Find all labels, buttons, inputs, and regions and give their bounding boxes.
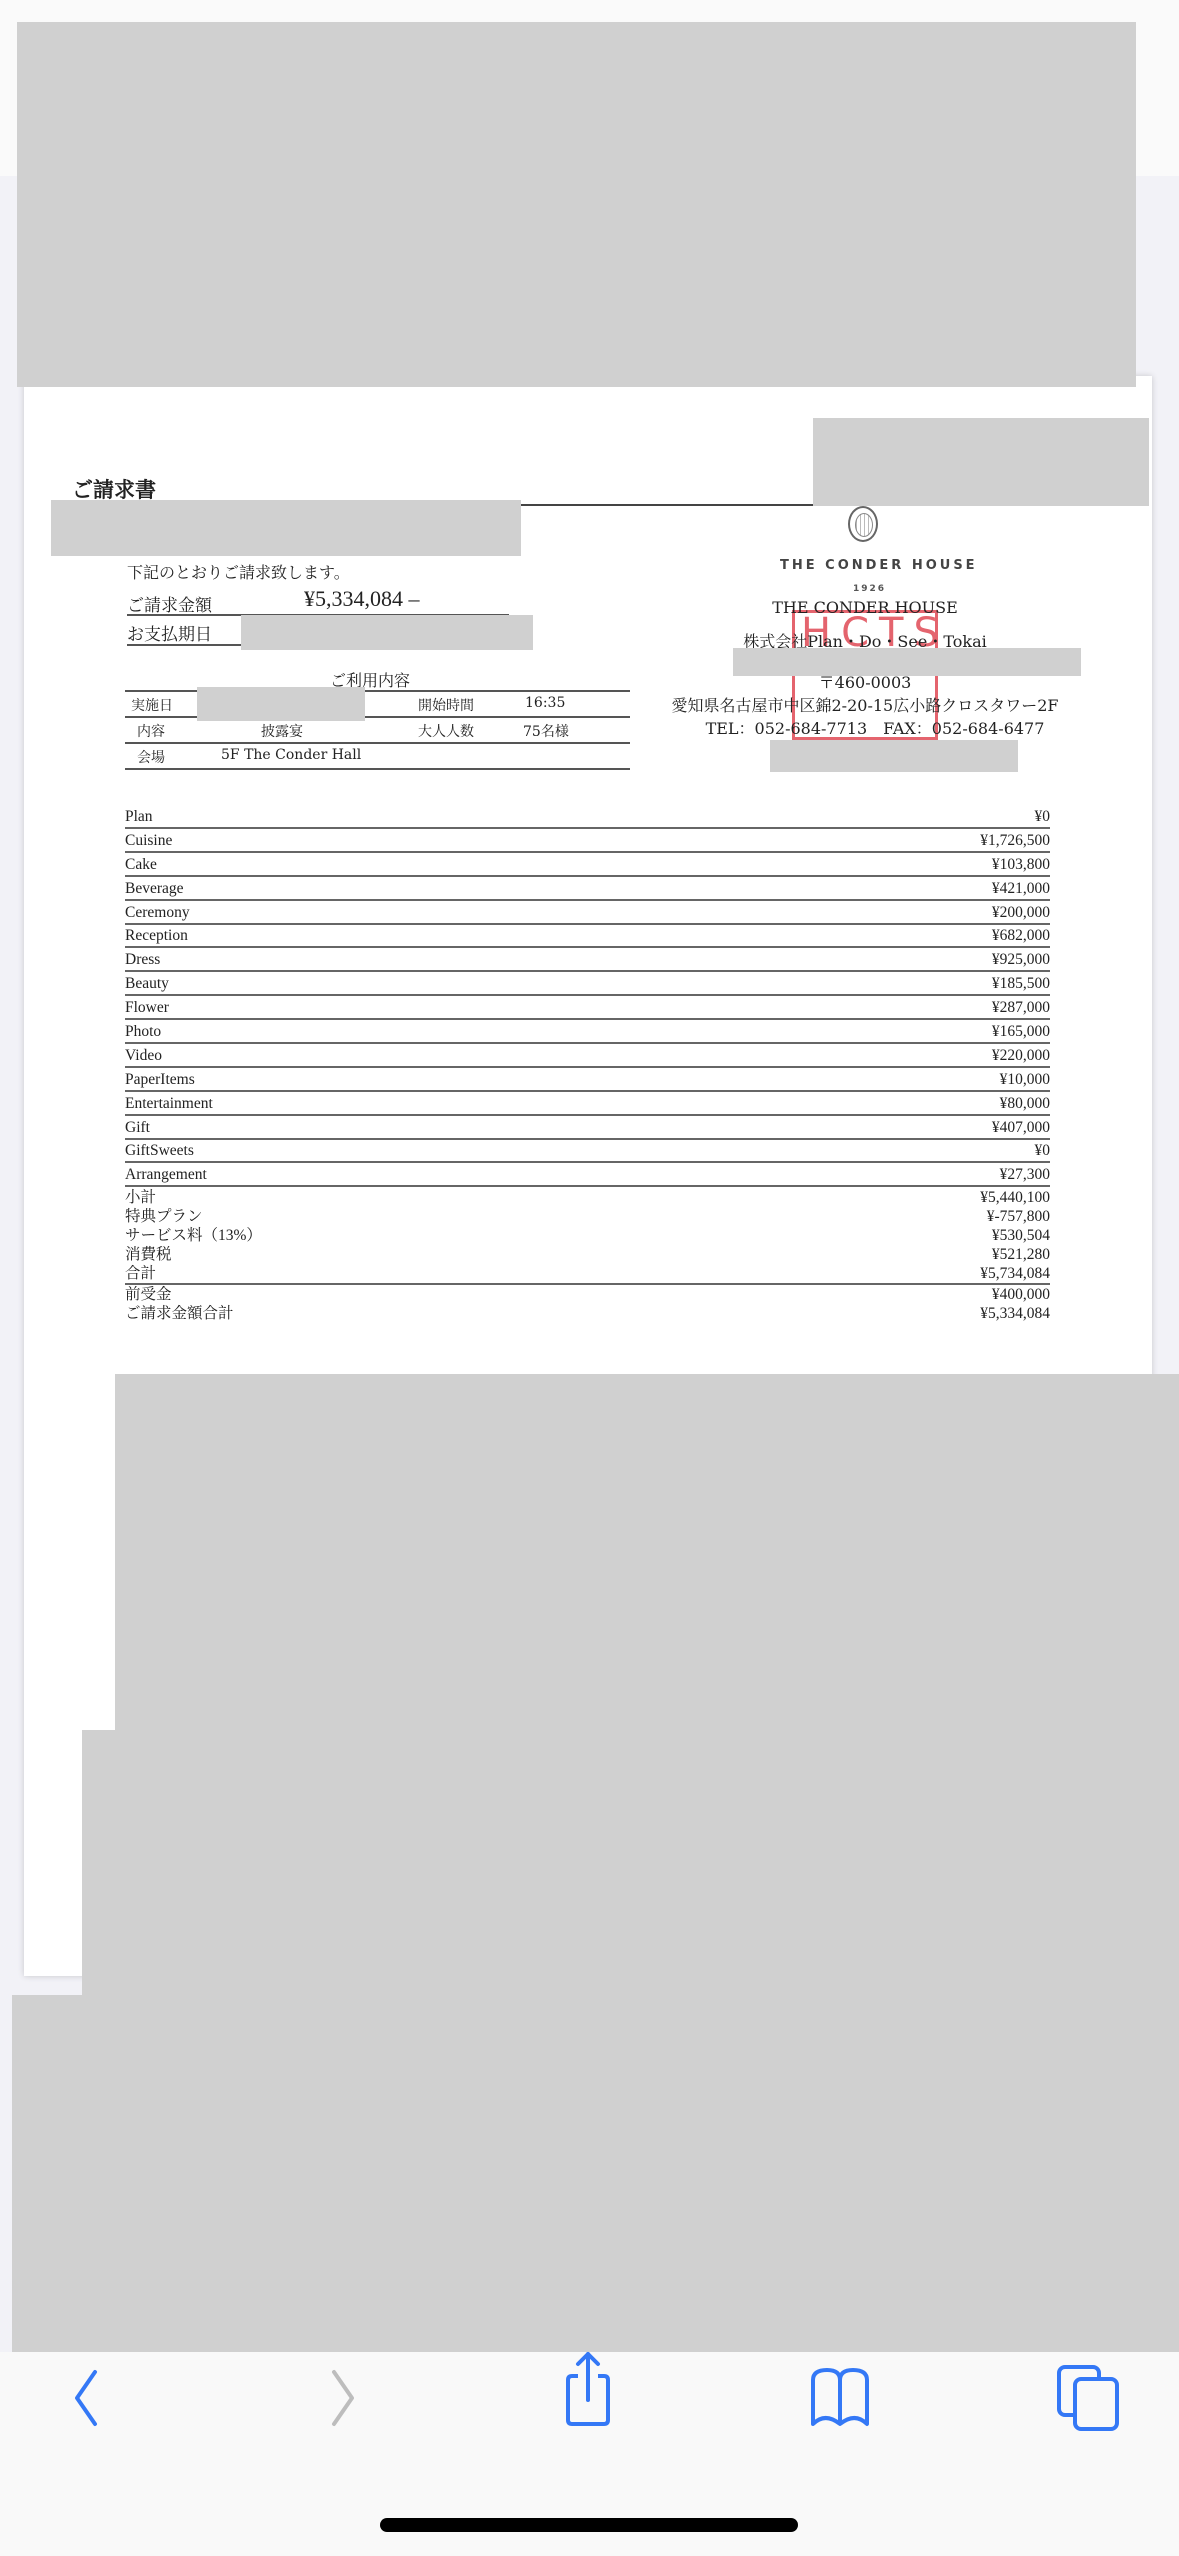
line-item: Video¥220,000 <box>125 1045 1050 1068</box>
brand-year: 1926 <box>853 584 886 594</box>
line-item: Arrangement¥27,300 <box>125 1164 1050 1187</box>
item-value: ¥200,000 <box>992 902 1050 923</box>
redacted-region <box>115 1374 1179 1734</box>
usage-key: 実施日 <box>131 695 173 715</box>
redacted-region <box>241 615 533 650</box>
item-label: Ceremony <box>125 902 190 923</box>
item-value: ¥407,000 <box>992 1117 1050 1138</box>
item-label: GiftSweets <box>125 1140 194 1161</box>
item-value: ¥10,000 <box>1000 1069 1050 1090</box>
line-item: Plan¥0 <box>125 806 1050 829</box>
item-value: ¥80,000 <box>1000 1093 1050 1114</box>
usage-key: 会場 <box>137 747 165 767</box>
summary-value: ¥5,334,084 <box>980 1304 1050 1323</box>
line-item: Dress¥925,000 <box>125 949 1050 972</box>
line-item: Beverage¥421,000 <box>125 878 1050 901</box>
usage-value: 75名様 <box>523 721 569 741</box>
item-value: ¥287,000 <box>992 997 1050 1018</box>
item-value: ¥925,000 <box>992 949 1050 970</box>
summary-row: 前受金¥400,000 <box>125 1285 1050 1304</box>
usage-key: 大人人数 <box>418 721 474 741</box>
item-label: Cuisine <box>125 830 172 851</box>
item-label: Video <box>125 1045 162 1066</box>
summary-label: 消費税 <box>125 1245 172 1264</box>
due-underline <box>127 644 247 646</box>
share-button[interactable] <box>548 2350 628 2430</box>
conder-house-logo-icon <box>848 506 878 542</box>
summary-value: ¥5,440,100 <box>980 1188 1050 1207</box>
item-value: ¥0 <box>1035 1140 1051 1161</box>
summary-label: ご請求金額合計 <box>125 1304 234 1323</box>
share-icon <box>558 2350 618 2430</box>
line-item: Photo¥165,000 <box>125 1021 1050 1044</box>
summary-value: ¥521,280 <box>992 1245 1050 1264</box>
title-divider <box>520 504 820 506</box>
line-items: Plan¥0 Cuisine¥1,726,500 Cake¥103,800 Be… <box>125 806 1050 1323</box>
summary-value: ¥530,504 <box>992 1226 1050 1245</box>
summary-row: 特典プラン¥-757,800 <box>125 1207 1050 1226</box>
line-item: PaperItems¥10,000 <box>125 1069 1050 1092</box>
item-value: ¥165,000 <box>992 1021 1050 1042</box>
summary-label: サービス料（13%） <box>125 1226 262 1245</box>
item-label: Cake <box>125 854 157 875</box>
summary-label: 前受金 <box>125 1285 172 1304</box>
line-item: Gift¥407,000 <box>125 1117 1050 1140</box>
usage-value: 5F The Conder Hall <box>221 747 361 763</box>
item-value: ¥220,000 <box>992 1045 1050 1066</box>
item-value: ¥185,500 <box>992 973 1050 994</box>
amount-label: ご請求金額 <box>127 591 212 616</box>
summary-row: 消費税¥521,280 <box>125 1245 1050 1264</box>
item-value: ¥421,000 <box>992 878 1050 899</box>
line-item: Entertainment¥80,000 <box>125 1093 1050 1116</box>
item-value: ¥682,000 <box>992 925 1050 946</box>
redacted-region <box>17 22 1136 387</box>
brand-logotype: THE CONDER HOUSE <box>780 558 978 573</box>
issuer-name: THE CONDER HOUSE <box>770 598 960 617</box>
usage-row: 会場 5F The Conder Hall <box>125 742 630 770</box>
summary-row: 小計¥5,440,100 <box>125 1188 1050 1207</box>
summary-value: ¥400,000 <box>992 1285 1050 1304</box>
item-label: Flower <box>125 997 169 1018</box>
line-item: Beauty¥185,500 <box>125 973 1050 996</box>
item-label: Reception <box>125 925 188 946</box>
forward-icon <box>322 2366 362 2430</box>
issuer-tel-fax: TEL：052-684-7713 FAX：052-684-6477 <box>690 716 1060 739</box>
summary-label: 合計 <box>125 1264 156 1283</box>
item-value: ¥1,726,500 <box>980 830 1050 851</box>
tabs-icon <box>1053 2363 1123 2433</box>
usage-key: 内容 <box>137 721 165 741</box>
redacted-region <box>12 1995 1179 2352</box>
item-label: Beverage <box>125 878 184 899</box>
line-item: Flower¥287,000 <box>125 997 1050 1020</box>
bookmarks-button[interactable] <box>800 2358 880 2438</box>
summary-value: ¥5,734,084 <box>980 1264 1050 1283</box>
amount-value: ¥5,334,084 – <box>304 586 420 612</box>
item-label: Entertainment <box>125 1093 213 1114</box>
bookmarks-icon <box>805 2366 875 2430</box>
back-icon <box>67 2366 107 2430</box>
home-indicator[interactable] <box>380 2518 798 2532</box>
item-label: Dress <box>125 949 160 970</box>
back-button[interactable] <box>47 2358 127 2438</box>
summary-row: サービス料（13%）¥530,504 <box>125 1226 1050 1245</box>
line-item: Ceremony¥200,000 <box>125 902 1050 925</box>
item-value: ¥27,300 <box>1000 1164 1050 1185</box>
item-label: Photo <box>125 1021 161 1042</box>
line-item: GiftSweets¥0 <box>125 1140 1050 1163</box>
summary-label: 小計 <box>125 1188 156 1207</box>
summary-label: 特典プラン <box>125 1207 203 1226</box>
issuer-address: 愛知県名古屋市中区錦2-20-15広小路クロスタワー2F <box>660 693 1070 716</box>
item-label: PaperItems <box>125 1069 195 1090</box>
item-label: Arrangement <box>125 1164 207 1185</box>
line-item: Cake¥103,800 <box>125 854 1050 877</box>
redacted-region <box>82 1730 1179 2010</box>
summary-value: ¥-757,800 <box>987 1207 1050 1226</box>
due-date-label: お支払期日 <box>127 620 212 645</box>
line-item: Reception¥682,000 <box>125 925 1050 948</box>
intro-text: 下記のとおりご請求致します。 <box>127 560 350 583</box>
item-label: Gift <box>125 1117 150 1138</box>
forward-button[interactable] <box>302 2358 382 2438</box>
item-label: Beauty <box>125 973 169 994</box>
redacted-region <box>197 687 365 721</box>
usage-key: 開始時間 <box>418 695 474 715</box>
redacted-region <box>813 418 1149 506</box>
item-value: ¥103,800 <box>992 854 1050 875</box>
redacted-region <box>770 740 1018 772</box>
line-item: Cuisine¥1,726,500 <box>125 830 1050 853</box>
redacted-region <box>733 648 1081 676</box>
summary-row-total: 合計¥5,734,084 <box>125 1264 1050 1285</box>
item-label: Plan <box>125 806 153 827</box>
usage-value: 披露宴 <box>261 721 303 741</box>
item-value: ¥0 <box>1035 806 1051 827</box>
summary-row-grand-total: ご請求金額合計¥5,334,084 <box>125 1304 1050 1323</box>
redacted-region <box>51 500 521 556</box>
tabs-button[interactable] <box>1048 2358 1128 2438</box>
usage-value: 16:35 <box>525 695 565 711</box>
